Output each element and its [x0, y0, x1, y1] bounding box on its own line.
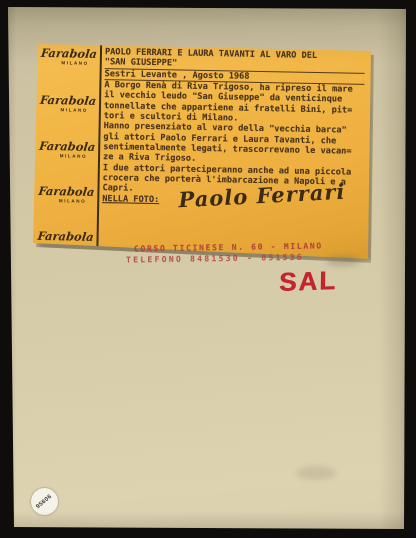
- farabola-logo: Farabola MILANO: [37, 141, 95, 159]
- address-rubber-stamp: CORSO TICINESE N. 60 - MILANO TELEFONO 8…: [126, 241, 323, 264]
- sal-marker-annotation: SAL: [279, 267, 337, 295]
- caption-card-content: Farabola MILANO Farabola MILANO Farabola…: [29, 43, 371, 265]
- caption-card: Farabola MILANO Farabola MILANO Farabola…: [33, 43, 371, 259]
- farabola-logo-script: Farabola: [38, 48, 97, 60]
- farabola-logo-script: Farabola: [37, 95, 96, 107]
- paper-smudge: [326, 256, 360, 266]
- farabola-logo: Farabola MILANO: [36, 186, 94, 204]
- farabola-logo-partial: Farabola: [36, 231, 94, 243]
- nella-foto-label: NELLA FOTO:: [102, 194, 159, 205]
- farabola-logo: Farabola MILANO: [39, 48, 97, 66]
- archive-number: 95606: [35, 493, 53, 510]
- stamp-address-line: CORSO TICINESE N. 60 - MILANO: [126, 241, 323, 253]
- farabola-logo-script: Farabola: [36, 186, 95, 198]
- farabola-logo-script: Farabola: [35, 231, 94, 243]
- farabola-logo: Farabola MILANO: [38, 95, 96, 113]
- archive-number-sticker: 95606: [31, 488, 58, 515]
- paper-smudge: [296, 466, 336, 480]
- farabola-logo-script: Farabola: [37, 141, 96, 153]
- card-column-divider: [96, 40, 102, 268]
